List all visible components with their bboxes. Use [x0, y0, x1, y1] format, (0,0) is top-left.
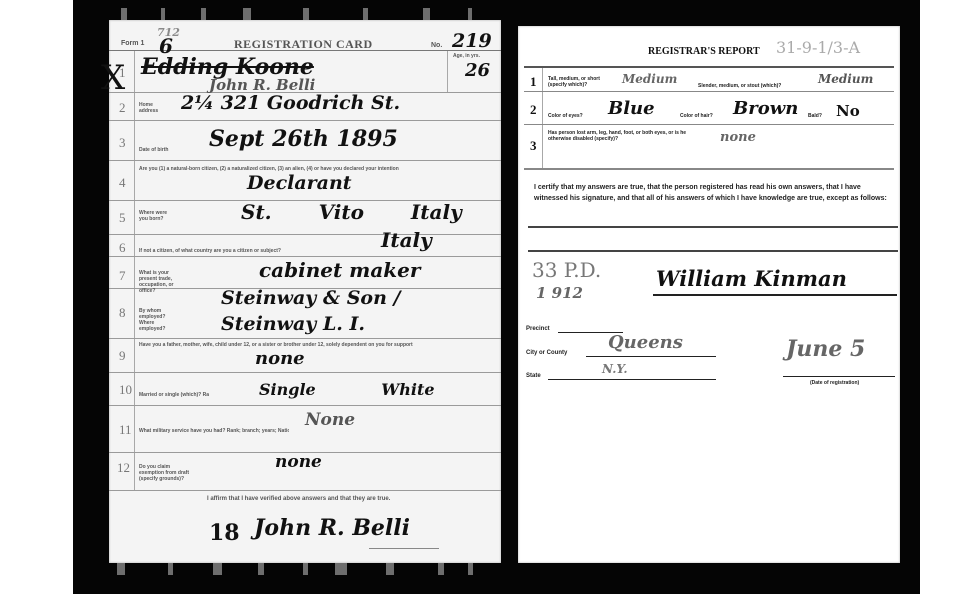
age-value: 26	[465, 60, 490, 81]
film-mark	[201, 8, 206, 20]
row-label-3: Bald?	[808, 113, 822, 119]
row-label: Color of eyes?	[548, 113, 583, 119]
registration-date-value: June 5	[786, 336, 865, 362]
row-label: Tall, medium, or short (specify which)?	[548, 76, 608, 88]
row-label: Date of birth	[139, 147, 168, 153]
film-mark	[303, 8, 309, 20]
film-mark	[423, 8, 430, 20]
row-rule	[109, 256, 501, 257]
film-mark	[168, 563, 173, 575]
state-value: N.Y.	[602, 362, 628, 376]
serial-number: 219	[452, 30, 492, 52]
city-line	[586, 356, 716, 357]
row-label: Married or single (which)? Race (specify…	[139, 392, 209, 398]
film-mark	[258, 563, 264, 575]
build-value: Medium	[818, 72, 873, 86]
row-rule	[109, 490, 501, 491]
certify-text: I certify that my answers are true, that…	[534, 182, 889, 204]
row-number: 7	[119, 268, 126, 284]
serial-no-label: No.	[431, 42, 442, 49]
row-label: Where were you born?	[139, 210, 175, 222]
report-title: REGISTRAR'S REPORT	[648, 46, 760, 57]
dependents-value: none	[255, 348, 305, 369]
row-number: 10	[119, 382, 132, 398]
row-number: 3	[119, 135, 126, 151]
marital-race-value: Single White	[259, 380, 435, 399]
birthplace-value: St. Vito Italy	[241, 200, 462, 224]
row-rule	[524, 168, 894, 170]
exemption-value: none	[275, 452, 322, 472]
precinct-label: Precinct	[526, 326, 550, 332]
form-label: Form 1	[121, 40, 144, 47]
row-rule	[109, 338, 501, 339]
row-number: 8	[119, 305, 126, 321]
home-address-value: 2¼ 321 Goodrich St.	[181, 92, 400, 114]
row-number-divider	[542, 68, 543, 168]
row-number: 1	[119, 65, 126, 81]
exceptions-line	[528, 250, 898, 252]
film-mark	[335, 563, 347, 575]
report-stamp: 31-9-1/3-A	[776, 38, 860, 57]
military-value: None	[305, 410, 355, 430]
row-number: 11	[119, 422, 132, 438]
film-mark	[243, 8, 251, 20]
registrars-report-card: REGISTRAR'S REPORT 31-9-1/3-A 1 Tall, me…	[518, 26, 900, 563]
film-mark	[363, 8, 368, 20]
exceptions-line	[528, 226, 898, 228]
city-value: Queens	[608, 332, 683, 353]
employer-value: Steinway & Son / Steinway L. I.	[221, 285, 441, 337]
city-label: City or County	[526, 350, 567, 356]
bald-value: No	[836, 102, 860, 120]
film-mark	[386, 563, 394, 575]
row-label-2: Slender, medium, or stout (which)?	[698, 83, 781, 89]
age-column-divider	[447, 50, 448, 92]
birth-date-value: Sept 26th 1895	[209, 126, 398, 152]
date-label: (Date of registration)	[810, 380, 859, 386]
row-rule	[109, 372, 501, 373]
row-label: Do you claim exemption from draft (speci…	[139, 464, 194, 482]
row-label: Have you a father, mother, wife, child u…	[139, 342, 489, 348]
registrar-signature: William Kinman	[656, 266, 847, 291]
row-label: Has person lost arm, leg, hand, foot, or…	[548, 130, 698, 142]
occupation-value: cabinet maker	[259, 258, 420, 282]
state-label: State	[526, 373, 541, 379]
card-title: REGISTRATION CARD	[234, 37, 373, 52]
country-value: Italy	[381, 228, 432, 252]
header-rule	[524, 66, 894, 68]
affirm-text: I affirm that I have verified above answ…	[207, 496, 390, 502]
row-label: What is your present trade, occupation, …	[139, 270, 179, 294]
row-label: By whom employed? Where employed?	[139, 308, 179, 332]
row-label: What military service have you had? Rank…	[139, 428, 289, 434]
film-mark	[117, 563, 125, 575]
eye-color-value: Blue	[608, 98, 655, 119]
row-rule	[109, 405, 501, 406]
row-rule	[109, 160, 501, 161]
row-number: 2	[119, 100, 126, 116]
film-mark	[303, 563, 308, 575]
height-value: Medium	[622, 72, 677, 86]
film-mark	[438, 563, 444, 575]
row-number: 5	[119, 210, 126, 226]
registrant-signature: John R. Belli	[254, 515, 410, 541]
state-line	[548, 379, 716, 380]
row-number: 9	[119, 348, 126, 364]
row-label-2: Color of hair?	[680, 113, 713, 119]
row-rule	[524, 124, 894, 125]
date-line	[783, 376, 895, 377]
row-number: 4	[119, 175, 126, 191]
signature-line	[653, 294, 897, 296]
film-mark	[468, 563, 473, 575]
signature-prefix: 18	[209, 520, 240, 546]
film-mark	[161, 8, 165, 20]
row-number: 6	[119, 240, 126, 256]
film-mark	[468, 8, 472, 20]
registration-card: Form 1 712 6 REGISTRATION CARD No. 219 A…	[109, 20, 501, 563]
row-rule	[109, 120, 501, 121]
row-number: 3	[530, 138, 537, 154]
film-mark	[213, 563, 222, 575]
row-number: 1	[530, 74, 537, 90]
disability-value: none	[720, 130, 756, 145]
hair-color-value: Brown	[733, 98, 798, 119]
row-rule	[109, 234, 501, 235]
citizenship-value: Declarant	[247, 172, 352, 194]
signature-line	[369, 548, 439, 549]
district-note: 33 P.D.	[532, 258, 601, 282]
district-note-2: 1 912	[536, 284, 583, 302]
row-number: 12	[117, 460, 130, 476]
row-number: 2	[530, 102, 537, 118]
film-mark	[121, 8, 127, 20]
age-label: Age, in yrs.	[453, 53, 480, 59]
row-rule	[524, 91, 894, 92]
row-label: Home address	[139, 102, 169, 114]
row-number-divider	[134, 50, 135, 490]
